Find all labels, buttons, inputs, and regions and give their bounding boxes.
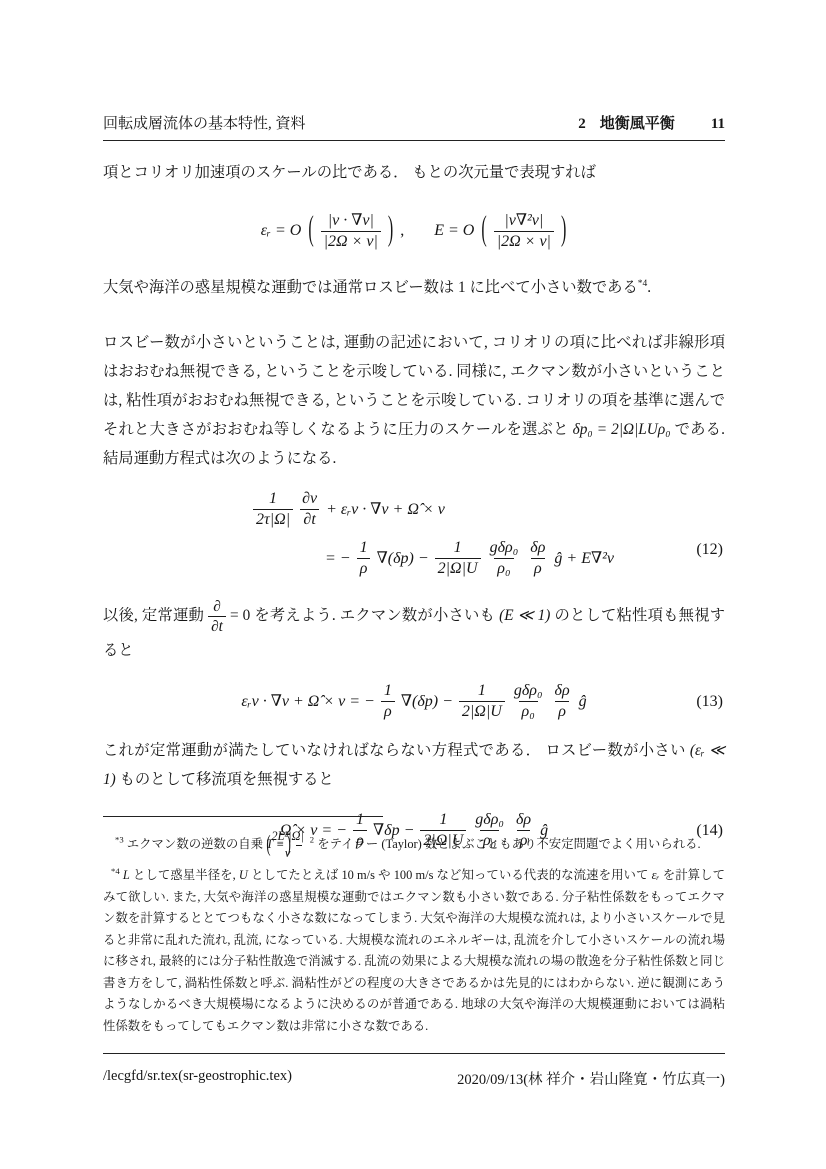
left-paren: (	[307, 210, 314, 253]
denominator: ρ₀	[519, 701, 538, 722]
paragraph-text: = 0 を考えよう. エクマン数が小さいも	[226, 607, 499, 624]
numerator: δρ	[552, 681, 573, 701]
numerator: 1	[475, 681, 489, 701]
numerator: |v · ∇v|	[325, 211, 377, 231]
right-paren: )	[560, 210, 567, 253]
numerator: δρ	[527, 538, 548, 558]
footnotes: *3 エクマン数の逆数の自乗 T ≡ (2L²|Ω|ν)2 をテイラー (Tay…	[103, 816, 725, 1037]
numerator: ∂	[210, 597, 224, 616]
equation-12-line1: 1 2τ|Ω| ∂v ∂t + εᵣv · ∇v + Ω̂ × v	[253, 489, 725, 530]
math-token: εᵣ = O	[261, 221, 302, 241]
paragraph-text: 以後, 定常運動	[103, 607, 208, 624]
fraction: ∂v ∂t	[299, 489, 320, 530]
footnote-text: としてたとえば 10 m/s や 100 m/s など知っている代表的な流速を用…	[248, 868, 652, 882]
paragraph-intro: 項とコリオリ加速項のスケールの比である． もとの次元量で表現すれば	[103, 158, 725, 187]
inline-fraction: 2L²|Ω|ν	[289, 829, 307, 861]
fraction: 1 2|Ω|U	[435, 538, 481, 579]
numerator: gδρ₀	[487, 538, 522, 558]
denominator: ∂t	[300, 509, 318, 530]
footnote-text: として惑星半径を,	[130, 868, 239, 882]
footnote-3-marker: *3	[115, 835, 124, 845]
inline-math: (E ≪ 1)	[499, 607, 550, 624]
paragraph-advection: これが定常運動が満たしていなければならない方程式である． ロスビー数が小さい (…	[103, 736, 725, 794]
footnote-text: エクマン数の逆数の自乗	[127, 837, 266, 851]
numerator: 1	[266, 489, 280, 509]
paragraph-text: これが定常運動が満たしていなければならない方程式である． ロスビー数が小さい	[103, 742, 690, 759]
header-title: 回転成層流体の基本特性, 資料	[103, 112, 306, 133]
inline-math: U	[239, 868, 248, 882]
inline-math: δp₀ = 2|Ω|LUρ₀	[573, 421, 671, 438]
main-text: 項とコリオリ加速項のスケールの比である． もとの次元量で表現すれば εᵣ = O…	[103, 158, 725, 851]
equation-number: (12)	[696, 535, 723, 564]
footnote-4: *4 L として惑星半径を, U としてたとえば 10 m/s や 100 m/…	[103, 865, 725, 1037]
section-number: 2	[578, 116, 586, 133]
fraction: δρ ρ	[552, 681, 573, 722]
denominator: 2τ|Ω|	[253, 509, 293, 530]
fraction: 1 2|Ω|U	[459, 681, 505, 722]
denominator: ν	[296, 845, 302, 862]
fraction: δρ ρ	[527, 538, 548, 579]
equation-rossby-ekman: εᵣ = O ( |v · ∇v| |2Ω × v| ) , E = O ( |…	[103, 199, 725, 263]
footer-date-authors: 2020/09/13(林 祥介・岩山隆寛・竹広真一)	[457, 1068, 725, 1089]
math-token: ∇(δp) −	[401, 692, 453, 712]
numerator: ∂v	[299, 489, 320, 509]
math-token: ĝ + E∇²v	[554, 544, 614, 573]
paragraph-steady: 以後, 定常運動 ∂∂t = 0 を考えよう. エクマン数が小さいも (E ≪ …	[103, 597, 725, 665]
footnote-rule	[103, 816, 383, 817]
math-token: εᵣv · ∇v + Ω̂ × v = −	[241, 692, 374, 712]
denominator: ρ₀	[494, 558, 513, 579]
math-token: E = O	[434, 221, 474, 241]
inline-math: εᵣ	[652, 868, 660, 882]
denominator: ρ	[531, 558, 545, 579]
fraction: gδρ₀ ρ₀	[487, 538, 522, 579]
footnote-4-marker: *4	[111, 866, 120, 876]
math-token: ĝ	[579, 692, 587, 712]
inline-fraction: ∂∂t	[208, 597, 226, 636]
denominator: |2Ω × v|	[494, 231, 554, 252]
paragraph-text: ものとして移流項を無視すると	[116, 771, 334, 788]
math-token: = −	[325, 544, 351, 573]
paragraph-scaling: ロスビー数が小さいということは, 運動の記述において, コリオリの項に比べれば非…	[103, 328, 725, 473]
right-paren: )	[308, 825, 310, 865]
denominator: 2|Ω|U	[459, 701, 505, 722]
denominator: |2Ω × v|	[321, 231, 381, 252]
footer-source-path: /lecgfd/sr.tex(sr-geostrophic.tex)	[103, 1068, 292, 1089]
running-header: 回転成層流体の基本特性, 資料 2 地衡風平衡 11	[103, 112, 725, 141]
denominator: ∂t	[208, 616, 226, 636]
numerator: 2L²|Ω|	[289, 829, 307, 845]
section-title: 地衡風平衡	[600, 112, 675, 133]
math-token: ∇(δp) −	[377, 544, 429, 573]
inline-math: L	[123, 868, 130, 882]
right-paren: )	[387, 210, 394, 253]
denominator: 2|Ω|U	[435, 558, 481, 579]
fraction: 1 ρ	[357, 538, 371, 579]
numerator: 1	[381, 681, 395, 701]
equation-12: 1 2τ|Ω| ∂v ∂t + εᵣv · ∇v + Ω̂ × v = − 1 …	[103, 489, 725, 579]
fraction: |ν∇²v| |2Ω × v|	[494, 211, 554, 252]
equation-12-line2: = − 1 ρ ∇(δp) − 1 2|Ω|U gδρ₀ ρ₀ δρ ρ	[325, 538, 725, 579]
footnote-text: を計算してみて欲しい. また, 大気や海洋の惑星規模な運動ではエクマン数も小さい…	[103, 868, 725, 1033]
numerator: |ν∇²v|	[501, 211, 546, 231]
paragraph-text: 項とコリオリ加速項のスケールの比である． もとの次元量で表現すれば	[103, 164, 596, 181]
numerator: gδρ₀	[511, 681, 546, 701]
fraction: 1 ρ	[381, 681, 395, 722]
paragraph-rossby-small: 大気や海洋の惑星規模な運動では通常ロスビー数は 1 に比べて小さい数である*4.	[103, 273, 725, 302]
header-section: 2 地衡風平衡 11	[578, 112, 725, 133]
footnote-mark-4: *4	[638, 279, 647, 289]
fraction: 1 2τ|Ω|	[253, 489, 293, 530]
equation-number: (13)	[696, 692, 723, 712]
math-token: ,	[400, 221, 404, 241]
math-token: + εᵣv · ∇v + Ω̂ × v	[326, 495, 445, 524]
page-number: 11	[711, 116, 725, 133]
fraction: |v · ∇v| |2Ω × v|	[321, 211, 381, 252]
denominator: ρ	[357, 558, 371, 579]
page-footer: /lecgfd/sr.tex(sr-geostrophic.tex) 2020/…	[103, 1053, 725, 1089]
denominator: ρ	[381, 701, 395, 722]
left-paren: (	[480, 210, 487, 253]
denominator: ρ	[555, 701, 569, 722]
numerator: 1	[451, 538, 465, 558]
paragraph-text: 大気や海洋の惑星規模な運動では通常ロスビー数は 1 に比べて小さい数である	[103, 279, 638, 296]
numerator: 1	[357, 538, 371, 558]
footnote-text: をテイラー (Taylor) 数とよぶこともあり不安定問題でよく用いられる.	[314, 837, 700, 851]
footnote-3: *3 エクマン数の逆数の自乗 T ≡ (2L²|Ω|ν)2 をテイラー (Tay…	[137, 829, 725, 861]
document-page: 回転成層流体の基本特性, 資料 2 地衡風平衡 11 項とコリオリ加速項のスケー…	[0, 0, 826, 1169]
paragraph-text: .	[647, 279, 651, 296]
equation-13: εᵣv · ∇v + Ω̂ × v = − 1 ρ ∇(δp) − 1 2|Ω|…	[103, 681, 725, 722]
fraction: gδρ₀ ρ₀	[511, 681, 546, 722]
